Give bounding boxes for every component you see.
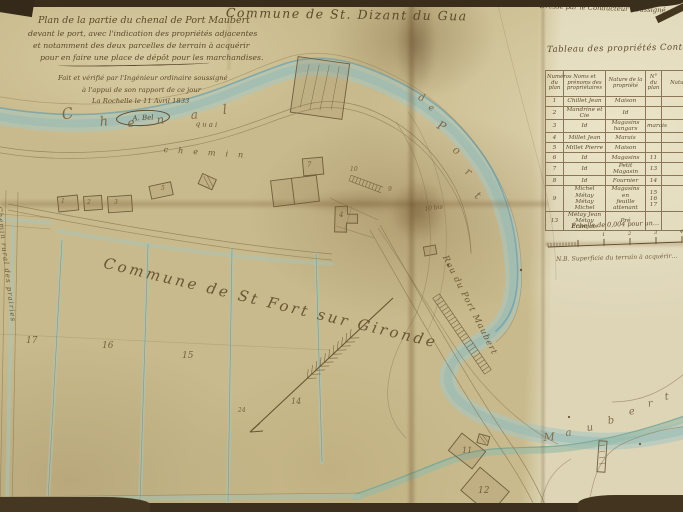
water-name-letter: M: [543, 430, 555, 444]
plot-number: 24: [238, 407, 246, 414]
plot-number: 2: [87, 199, 91, 206]
map-label: Rau du Port Maubert: [440, 254, 499, 357]
water-name-letter: u: [586, 422, 594, 434]
scanned-map-page: Plan de la partie du chenal de Port Maub…: [0, 0, 683, 512]
water-name-letter: o: [451, 143, 463, 158]
water-name-letter: a: [565, 427, 572, 439]
water-name-letter: P: [435, 118, 448, 134]
water-name-letter: e: [127, 116, 135, 130]
map-label: Chemin rural des prairies: [0, 206, 17, 323]
plot-number: 7: [307, 161, 311, 169]
water-name-letter: b: [607, 415, 615, 427]
scale-tick-label: 3: [654, 230, 657, 236]
water-name-letter: h: [99, 114, 109, 130]
map-labels-layer: ChenaldePortMaubertquaicheminRau du Port…: [0, 0, 683, 512]
plot-number: 5: [161, 185, 165, 192]
map-label: 10 bis: [424, 203, 443, 212]
plot-number: 10: [350, 166, 358, 173]
water-name-letter: t: [664, 391, 670, 402]
plot-number: 4: [339, 211, 343, 219]
plot-number: 17: [26, 336, 37, 346]
scale-tick-label: 2: [628, 231, 631, 237]
map-label: quai: [196, 120, 220, 129]
plot-number: 16: [102, 341, 113, 351]
plot-number: 11: [462, 446, 472, 455]
water-name-letter: n: [156, 112, 165, 127]
water-name-letter: e: [427, 103, 435, 114]
plot-number: 12: [478, 486, 489, 496]
water-name-letter: d: [417, 92, 426, 104]
map-label: chemin: [163, 145, 253, 160]
plot-number: 9: [388, 186, 392, 193]
water-name-letter: r: [463, 165, 475, 179]
plot-number: 3: [114, 199, 118, 206]
water-name-letter: t: [472, 189, 483, 202]
water-name-letter: e: [628, 406, 636, 418]
plot-number: 14: [291, 397, 301, 406]
scale-tick-label: 1: [602, 232, 605, 238]
plot-number: 15: [182, 351, 193, 361]
water-name-letter: l: [222, 103, 228, 118]
water-name-letter: C: [60, 104, 75, 124]
water-name-letter: r: [647, 398, 653, 410]
plot-number: 1: [61, 198, 65, 205]
